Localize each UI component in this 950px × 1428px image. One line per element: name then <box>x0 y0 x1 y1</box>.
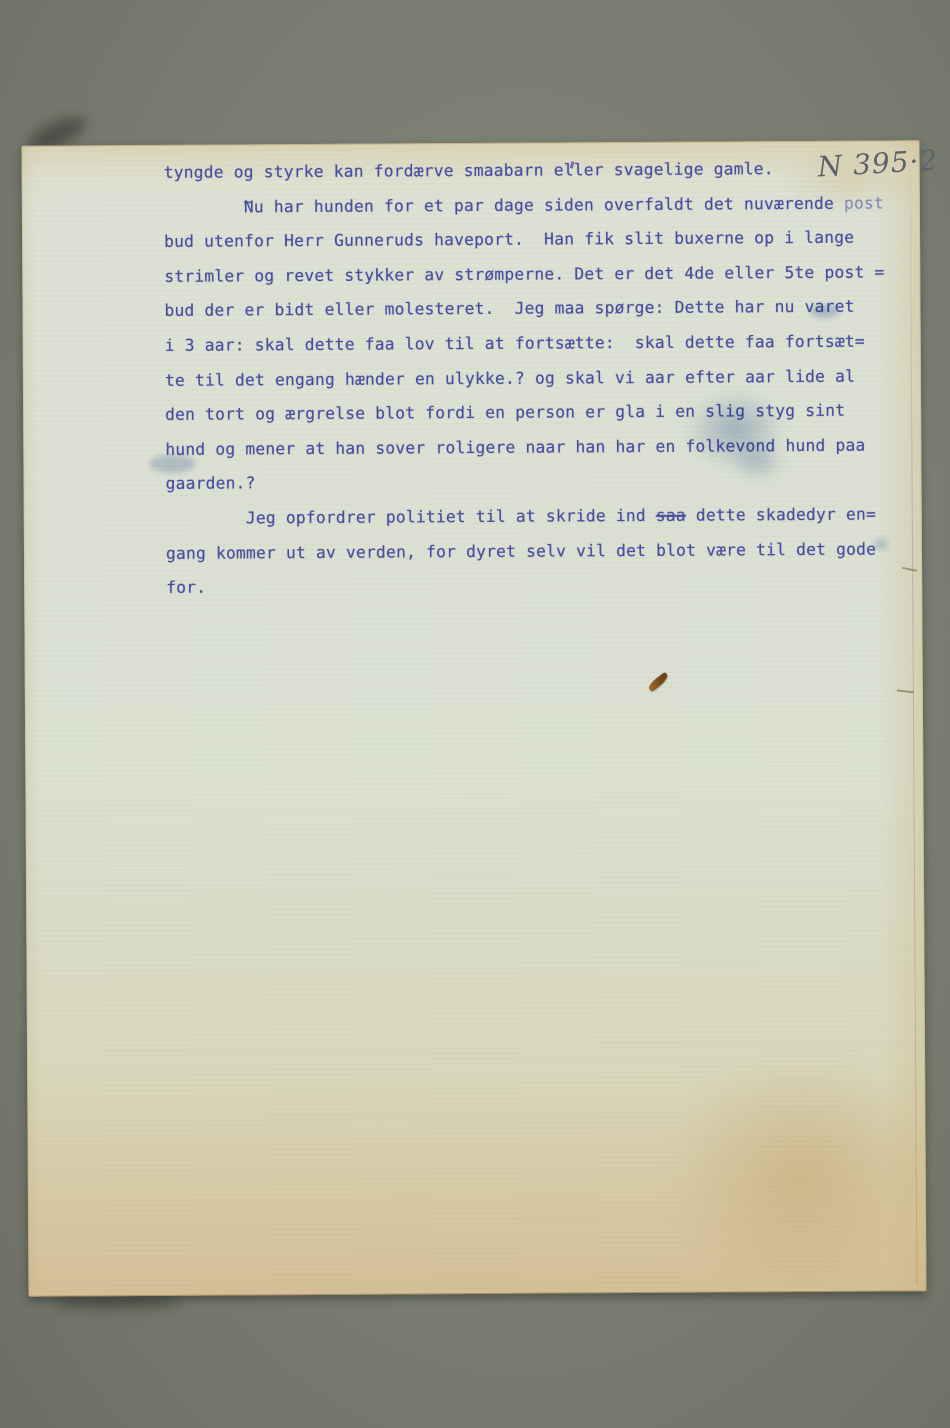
line-segment: tyngde og styrke kan fordærve smaabarn e… <box>164 159 774 182</box>
line-segment: strimler og revet stykker av strømperne.… <box>164 262 884 285</box>
line-segment: i 3 aar: skal dette faa lov til at forts… <box>165 332 865 355</box>
line-segment: bud utenfor Herr Gunneruds haveport. Han… <box>164 228 854 251</box>
line-segment: hund og mener at han sover roligere naar… <box>165 435 865 458</box>
line-segment: Nu har hunden for et par dage siden over… <box>164 193 844 216</box>
line-segment: den tort og ærgrelse blot fordi en perso… <box>165 401 845 424</box>
aging-stain-left <box>21 146 42 1297</box>
struck-word: saa <box>656 506 686 525</box>
typewritten-line: tyngde og styrke kan fordærve smaabarn e… <box>164 151 912 190</box>
debris-speck <box>647 672 670 693</box>
typewritten-line: bud utenfor Herr Gunneruds haveport. Han… <box>164 221 912 260</box>
paper-crease <box>910 162 918 1284</box>
line-segment: Jeg opfordrer politiet til at skride ind <box>166 506 656 528</box>
line-segment: gaarden.? <box>166 474 256 494</box>
aging-stain-bottom-right <box>665 1047 937 1299</box>
typewritten-line: Nu har hunden for et par dage siden over… <box>164 186 912 225</box>
typewritten-text: tyngde og styrke kan fordærve smaabarn e… <box>164 151 915 605</box>
typewritten-line: den tort og ærgrelse blot fordi en perso… <box>165 393 913 432</box>
typewritten-line: for. <box>166 566 914 605</box>
typewritten-line: gang kommer ut av verden, for dyret selv… <box>166 532 914 571</box>
typewritten-line: gaarden.? <box>165 463 913 502</box>
typewritten-line: Jeg opfordrer politiet til at skride ind… <box>166 497 914 536</box>
typewritten-line: hund og mener at han sover roligere naar… <box>165 428 913 467</box>
typewritten-line: te til det engang hænder en ulykke.? og … <box>165 359 913 398</box>
typewritten-line: strimler og revet stykker av strømperne.… <box>164 255 912 294</box>
line-segment: for. <box>166 578 206 597</box>
line-segment: bud der er bidt eller molesteret. Jeg ma… <box>164 297 854 320</box>
scan-background: N 395·2 tyngde og styrke kan fordærve sm… <box>0 0 950 1428</box>
document-page: N 395·2 tyngde og styrke kan fordærve sm… <box>21 140 926 1296</box>
typewritten-line: i 3 aar: skal dette faa lov til at forts… <box>165 324 913 363</box>
line-segment: dette skadedyr en= <box>686 504 876 524</box>
typewritten-line: bud der er bidt eller molesteret. Jeg ma… <box>164 290 912 329</box>
line-segment: gang kommer ut av verden, for dyret selv… <box>166 539 876 562</box>
line-segment: post <box>844 193 884 212</box>
edge-tear-lower <box>897 689 914 693</box>
line-segment: te til det engang hænder en ulykke.? og … <box>165 366 855 389</box>
